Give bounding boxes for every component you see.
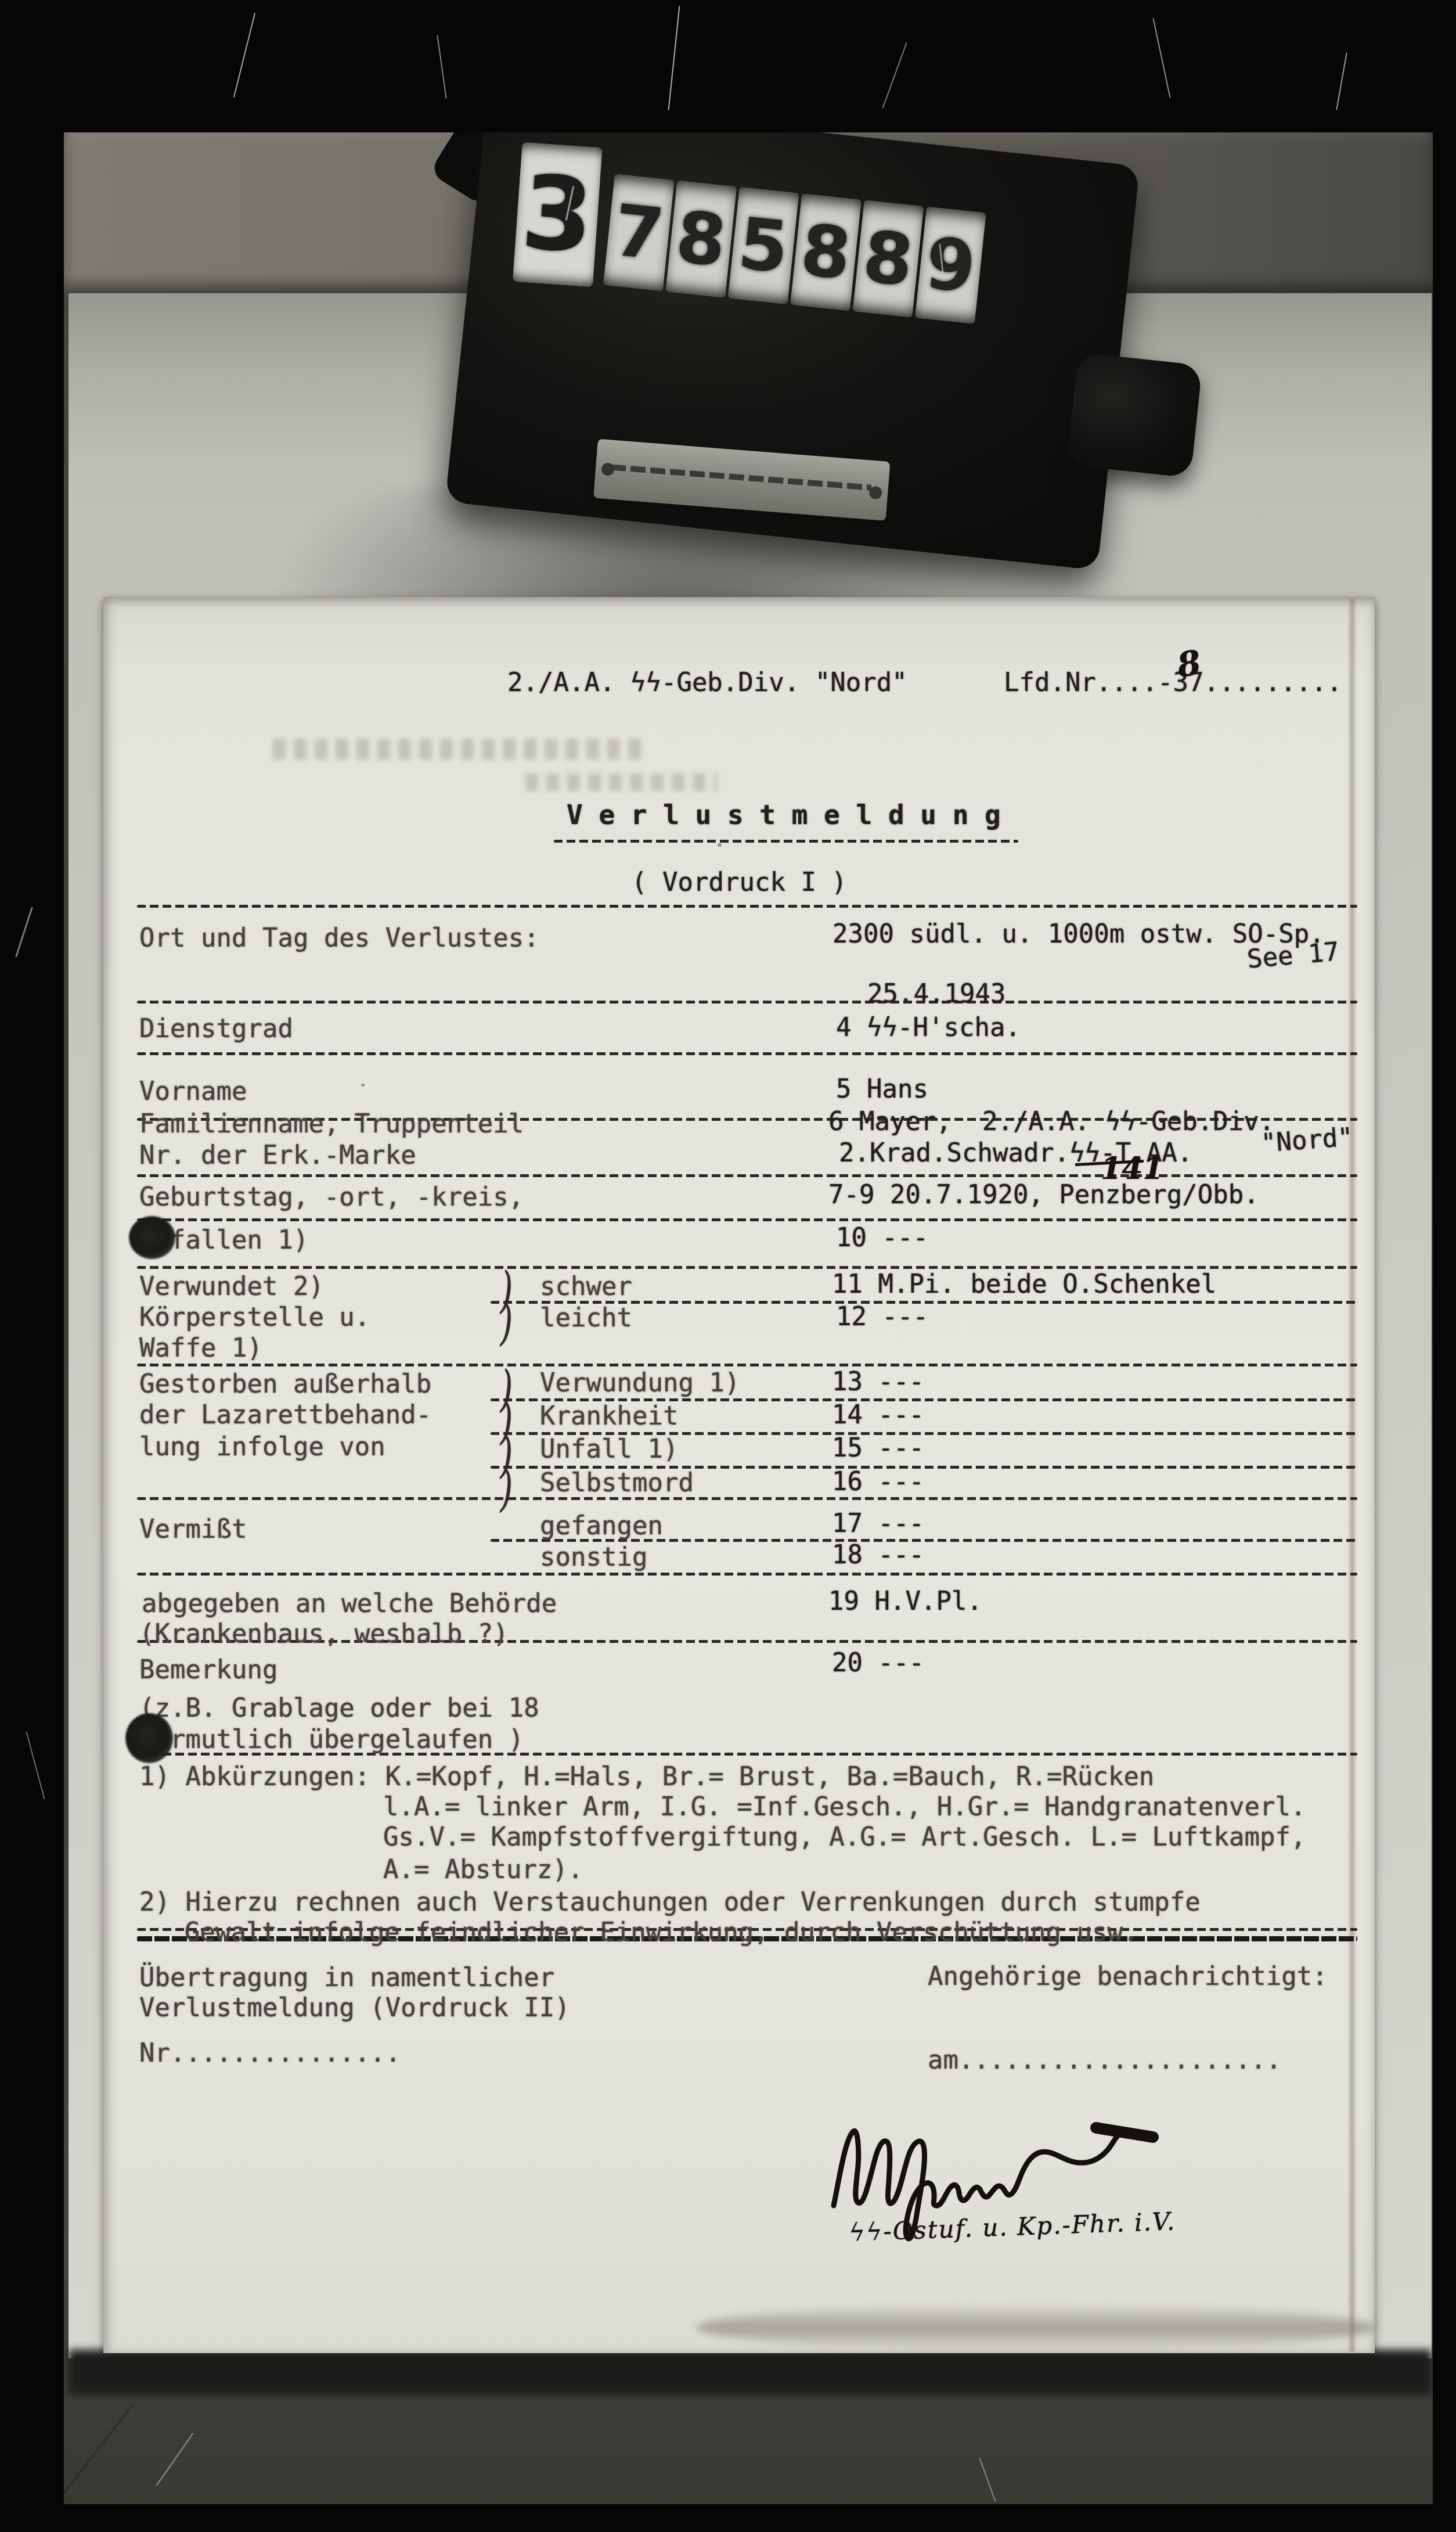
- form-rule: [137, 1364, 1357, 1366]
- dust-speck: [361, 1084, 365, 1087]
- bemerkung-note-2: vermutlich übergelaufen ): [139, 1726, 524, 1754]
- document-title: V e r l u s t m e l d u n g: [567, 800, 1001, 830]
- counter-digit-window: 5: [728, 187, 799, 304]
- footnote-2-line-1: 2) Hierzu rechnen auch Verstauchungen od…: [139, 1889, 1201, 1916]
- dust-speck: [1149, 1812, 1153, 1815]
- field-value-nord-note: "Nord": [1260, 1124, 1354, 1158]
- field-value-vorname: 5 Hans: [836, 1076, 928, 1103]
- option-schwer: schwer: [540, 1273, 632, 1301]
- ghost-text-smudge: [273, 739, 644, 760]
- option-leicht: leicht: [540, 1304, 632, 1332]
- form-rule: [137, 1573, 1357, 1576]
- field-label-verwundet-2: Körperstelle u.: [139, 1304, 370, 1332]
- field-label-abgegeben-2: (Krankenhaus, weshalb ?): [139, 1620, 509, 1648]
- plate-screw: [601, 462, 615, 476]
- closing-am-line: am.....................: [928, 2047, 1281, 2074]
- field-label-vermisst: Vermißt: [139, 1516, 247, 1544]
- option-sonstig: sonstig: [540, 1544, 647, 1571]
- field-value-familienname-1: 6 Mayer, 2./A.A. ϟϟ-Geb.Div.: [828, 1108, 1274, 1136]
- field-label-dienstgrad: Dienstgrad: [139, 1015, 293, 1043]
- field-value-14: 14 ---: [832, 1401, 924, 1429]
- counter-digit-window: 8: [790, 193, 862, 311]
- field-value-ort-2: 25.4.1943: [867, 980, 1005, 1008]
- field-label-vorname: Vorname: [139, 1078, 247, 1106]
- footnote-1-line-2: l.A.= linker Arm, I.G. =Inf.Gesch., H.Gr…: [383, 1793, 1306, 1821]
- footnote-1-line-4: A.= Absturz).: [383, 1856, 583, 1884]
- brace-icon: ): [500, 1460, 513, 1517]
- field-value-13: 13 ---: [832, 1368, 924, 1396]
- form-rule: [137, 1052, 1357, 1055]
- counter-digit-window: 8: [853, 200, 924, 318]
- film-border-top: [0, 0, 1456, 132]
- form-rule: [137, 1001, 1357, 1004]
- field-value-18: 18 ---: [832, 1541, 924, 1569]
- serial-label: Lfd.Nr....: [1004, 668, 1158, 697]
- film-border-bottom: [0, 2504, 1456, 2532]
- brace-icon: ): [500, 1294, 513, 1351]
- dust-speck: [718, 843, 722, 847]
- field-label-familienname-2: Nr. der Erk.-Marke: [139, 1142, 416, 1170]
- option-gefangen: gefangen: [540, 1512, 663, 1540]
- field-value-gefallen: 10 ---: [836, 1224, 928, 1252]
- title-underline: [554, 840, 1018, 843]
- film-border-right: [1433, 0, 1456, 2532]
- plate-screw: [868, 486, 882, 500]
- counter-digit: 5: [734, 202, 792, 289]
- hole-punch: [129, 1216, 175, 1259]
- footnote-1-line-3: Gs.V.= Kampfstoffvergiftung, A.G.= Art.G…: [383, 1824, 1306, 1851]
- option-krankheit: Krankheit: [540, 1402, 678, 1430]
- counter-digit: 7: [610, 189, 668, 276]
- form-rule: [137, 1218, 1357, 1221]
- serial-dots: .........: [1203, 668, 1342, 697]
- field-value-dienstgrad: 4 ϟϟ-H'scha.: [836, 1014, 1021, 1042]
- option-verwundung: Verwundung 1): [540, 1369, 740, 1397]
- film-frame-counter: 3 7 8 5 8 8 9: [445, 98, 1140, 570]
- unit-line: 2./A.A. ϟϟ-Geb.Div. "Nord": [507, 669, 907, 697]
- field-value-20: 20 ---: [832, 1649, 924, 1677]
- ghost-text-smudge: [525, 774, 717, 791]
- field-value-12: 12 ---: [836, 1303, 928, 1331]
- counter-digit: 8: [859, 215, 917, 302]
- closing-right-header: Angehörige benachrichtigt:: [928, 1963, 1328, 1991]
- film-border-left: [0, 0, 64, 2532]
- counter-digit-window: 9: [915, 207, 986, 324]
- serial-number-line: Lfd.Nr....-37.........: [1004, 669, 1342, 697]
- counter-frame-digit: 3: [518, 153, 597, 276]
- paper-bottom-shadow: [69, 2350, 1432, 2395]
- paper-crease: [1348, 598, 1356, 2352]
- field-value-geburtstag: 7-9 20.7.1920, Penzberg/Obb.: [828, 1181, 1259, 1209]
- microfilm-frame: 3 7 8 5 8 8 9 2./A.A. ϟϟ-Geb.Div. "Nord"…: [0, 0, 1456, 2532]
- field-label-verwundet-3: Waffe 1): [139, 1335, 262, 1362]
- field-label-abgegeben-1: abgegeben an welche Behörde: [142, 1590, 557, 1618]
- form-rule: [137, 1266, 1357, 1269]
- bemerkung-note-1: (z.B. Grablage oder bei 18: [139, 1695, 539, 1722]
- document-sheet: [103, 597, 1375, 2353]
- counter-digit: 9: [922, 222, 979, 309]
- form-rule: [137, 1174, 1357, 1177]
- bottom-edge-smudge: [697, 2304, 1376, 2351]
- field-label-familienname-1: Familienname, Truppenteil: [139, 1110, 524, 1138]
- counter-digit: 8: [797, 208, 855, 296]
- field-value-17: 17 ---: [832, 1510, 924, 1538]
- field-label-gestorben-3: lung infolge von: [139, 1433, 385, 1461]
- counter-digit-window: 7: [603, 174, 675, 292]
- field-label-ort: Ort und Tag des Verlustes:: [139, 925, 539, 952]
- option-selbstmord: Selbstmord: [540, 1469, 694, 1497]
- field-value-19: 19 H.V.Pl.: [828, 1588, 982, 1616]
- hole-punch: [125, 1713, 173, 1763]
- form-rule: [137, 1497, 1357, 1500]
- closing-nr-line: Nr...............: [139, 2040, 401, 2067]
- field-label-bemerkung: Bemerkung: [139, 1656, 277, 1684]
- footnote-1-line-1: 1) Abkürzungen: K.=Kopf, H.=Hals, Br.= B…: [139, 1763, 1154, 1791]
- footnote-2-line-2: Gewalt infolge feindlicher Einwirkung, d…: [185, 1919, 1138, 1947]
- field-value-11: 11 M.Pi. beide O.Schenkel: [832, 1271, 1216, 1299]
- field-label-verwundet-1: Verwundet 2): [139, 1273, 324, 1301]
- closing-left-line-2: Verlustmeldung (Vordruck II): [139, 1994, 570, 2022]
- counter-knob: [1066, 353, 1202, 478]
- option-unfall: Unfall 1): [540, 1436, 678, 1463]
- counter-frame-digit-window: 3: [513, 142, 602, 287]
- document-subtitle: ( Vordruck I ): [632, 869, 847, 897]
- closing-left-line-1: Übertragung in namentlicher: [139, 1964, 554, 1992]
- counter-digit: 8: [672, 196, 730, 283]
- field-label-gestorben-2: der Lazarettbehand-: [139, 1401, 431, 1429]
- field-value-16: 16 ---: [832, 1468, 924, 1496]
- field-label-geburtstag: Geburtstag, -ort, -kreis,: [139, 1184, 524, 1211]
- counter-digit-window: 8: [665, 181, 737, 298]
- field-label-gestorben-1: Gestorben außerhalb: [139, 1371, 431, 1398]
- field-value-15: 15 ---: [832, 1434, 924, 1462]
- form-rule: [137, 905, 1357, 908]
- plate-engraving: [611, 465, 871, 491]
